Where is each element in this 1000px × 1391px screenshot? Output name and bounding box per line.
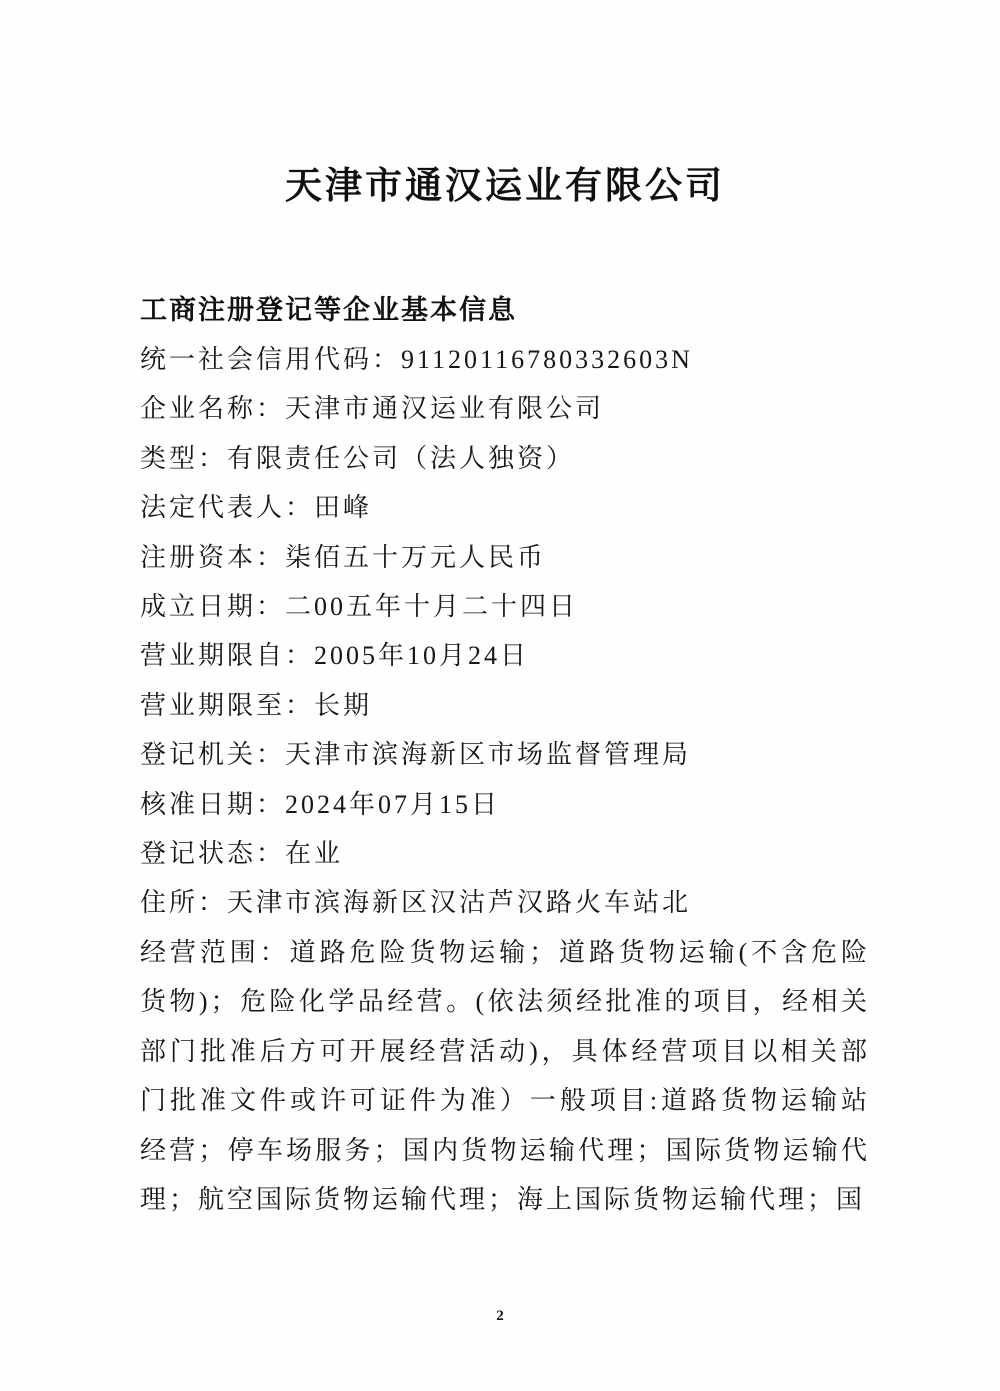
field-value: 天津市滨海新区市场监督管理局 xyxy=(285,740,691,769)
field-registered-capital: 注册资本：柒佰五十万元人民币 xyxy=(140,533,870,582)
field-company-type: 类型：有限责任公司（法人独资） xyxy=(140,434,870,483)
field-registration-authority: 登记机关：天津市滨海新区市场监督管理局 xyxy=(140,730,870,779)
field-label: 法定代表人： xyxy=(140,493,314,522)
field-business-term-from: 营业期限自：2005年10月24日 xyxy=(140,631,870,680)
field-value: 长期 xyxy=(314,691,372,720)
field-value: 有限责任公司（法人独资） xyxy=(227,444,575,473)
field-value: 天津市通汉运业有限公司 xyxy=(285,394,604,423)
field-label: 营业期限至： xyxy=(140,691,314,720)
field-value: 2024年07月15日 xyxy=(285,790,500,819)
field-value: 田峰 xyxy=(314,493,372,522)
page-number: 2 xyxy=(0,1308,1000,1325)
registration-fields: 统一社会信用代码：91120116780332603N 企业名称：天津市通汉运业… xyxy=(140,335,870,1224)
document-title: 天津市通汉运业有限公司 xyxy=(140,0,870,208)
field-value: 二00五年十月二十四日 xyxy=(285,592,578,621)
field-value: 柒佰五十万元人民币 xyxy=(285,543,546,572)
field-label: 企业名称： xyxy=(140,394,285,423)
field-label: 统一社会信用代码： xyxy=(140,345,401,374)
field-establishment-date: 成立日期：二00五年十月二十四日 xyxy=(140,582,870,631)
field-business-term-to: 营业期限至：长期 xyxy=(140,681,870,730)
field-registration-status: 登记状态：在业 xyxy=(140,829,870,878)
field-business-scope: 经营范围：道路危险货物运输；道路货物运输(不含危险货物)；危险化学品经营。(依法… xyxy=(140,928,870,1224)
field-label: 营业期限自： xyxy=(140,641,314,670)
field-legal-representative: 法定代表人：田峰 xyxy=(140,483,870,532)
field-unified-social-credit-code: 统一社会信用代码：91120116780332603N xyxy=(140,335,870,384)
field-label: 注册资本： xyxy=(140,543,285,572)
field-label: 核准日期： xyxy=(140,790,285,819)
field-label: 住所： xyxy=(140,888,227,917)
field-label: 经营范围： xyxy=(140,938,290,967)
field-company-name: 企业名称：天津市通汉运业有限公司 xyxy=(140,384,870,433)
field-value: 2005年10月24日 xyxy=(314,641,529,670)
field-label: 成立日期： xyxy=(140,592,285,621)
field-approval-date: 核准日期：2024年07月15日 xyxy=(140,780,870,829)
scanned-document-page: 天津市通汉运业有限公司 工商注册登记等企业基本信息 统一社会信用代码：91120… xyxy=(0,0,1000,1391)
field-address: 住所：天津市滨海新区汉沽芦汉路火车站北 xyxy=(140,878,870,927)
field-label: 登记状态： xyxy=(140,839,285,868)
field-label: 登记机关： xyxy=(140,740,285,769)
document-content: 天津市通汉运业有限公司 工商注册登记等企业基本信息 统一社会信用代码：91120… xyxy=(0,0,1000,1224)
field-label: 类型： xyxy=(140,444,227,473)
field-value: 在业 xyxy=(285,839,343,868)
field-value: 91120116780332603N xyxy=(401,345,693,374)
field-value: 天津市滨海新区汉沽芦汉路火车站北 xyxy=(227,888,691,917)
section-heading-business-registration-info: 工商注册登记等企业基本信息 xyxy=(140,294,870,327)
field-value: 道路危险货物运输；道路货物运输(不含危险货物)；危险化学品经营。(依法须经批准的… xyxy=(140,938,870,1214)
